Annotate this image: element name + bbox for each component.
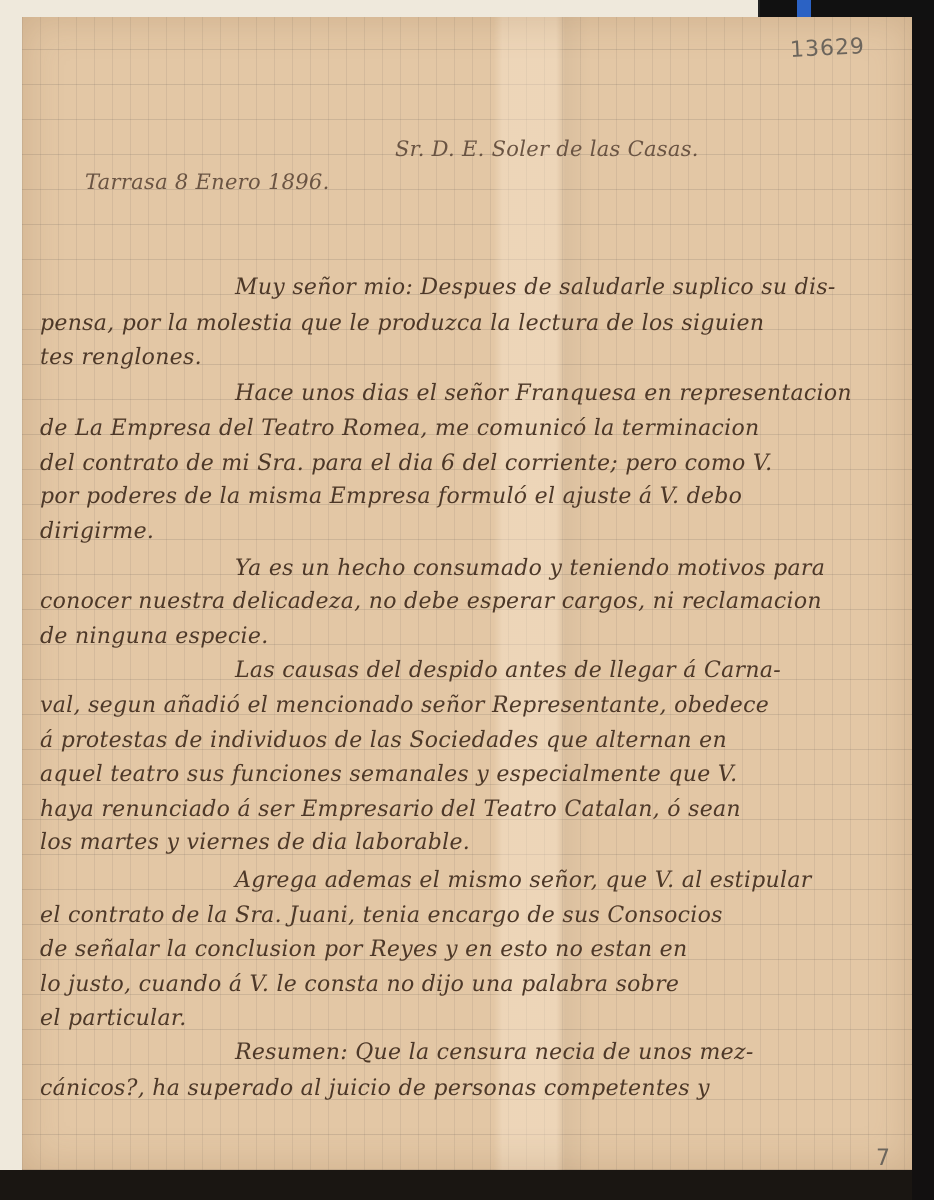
letter-line: dirigirme. (40, 519, 154, 544)
letter-line: cánicos?, ha superado al juicio de perso… (40, 1076, 710, 1101)
letter-line: Muy señor mio: Despues de saludarle supl… (235, 275, 836, 300)
letter-line: los martes y viernes de dia laborable. (40, 830, 470, 855)
letter-line: haya renunciado á ser Empresario del Tea… (40, 797, 741, 822)
archive-number: 13629 (789, 34, 865, 63)
letter-line: Hace unos dias el señor Franquesa en rep… (235, 381, 852, 406)
letter-line: de ninguna especie. (40, 624, 268, 649)
letter-line: por poderes de la misma Empresa formuló … (40, 484, 742, 509)
letter-line: de señalar la conclusion por Reyes y en … (40, 937, 687, 962)
letter-line: lo justo, cuando á V. le consta no dijo … (40, 972, 679, 997)
letter-line: conocer nuestra delicadeza, no debe espe… (40, 589, 822, 614)
letter-line: de La Empresa del Teatro Romea, me comun… (40, 416, 760, 441)
scan-edge-right (912, 20, 934, 1200)
letter-line: tes renglones. (40, 345, 202, 370)
letter-line: el particular. (40, 1006, 187, 1031)
letter-line: Ya es un hecho consumado y teniendo moti… (235, 556, 825, 581)
letter-line: Las causas del despido antes de llegar á… (235, 658, 781, 683)
letter-line: á protestas de individuos de las Socieda… (40, 728, 727, 753)
page-number: 7 (876, 1146, 890, 1171)
letter-line: el contrato de la Sra. Juani, tenia enca… (40, 903, 723, 928)
letter-line: Resumen: Que la censura necia de unos me… (235, 1040, 754, 1065)
letter-line: pensa, por la molestia que le produzca l… (40, 311, 764, 336)
letter-line: val, segun añadió el mencionado señor Re… (40, 693, 769, 718)
addressee: Sr. D. E. Soler de las Casas. (395, 137, 699, 161)
letter-line: aquel teatro sus funciones semanales y e… (40, 762, 737, 787)
dateline: Tarrasa 8 Enero 1896. (85, 170, 330, 194)
letter-line: del contrato de mi Sra. para el dia 6 de… (40, 451, 772, 476)
letter-line: Agrega ademas el mismo señor, que V. al … (235, 868, 812, 893)
